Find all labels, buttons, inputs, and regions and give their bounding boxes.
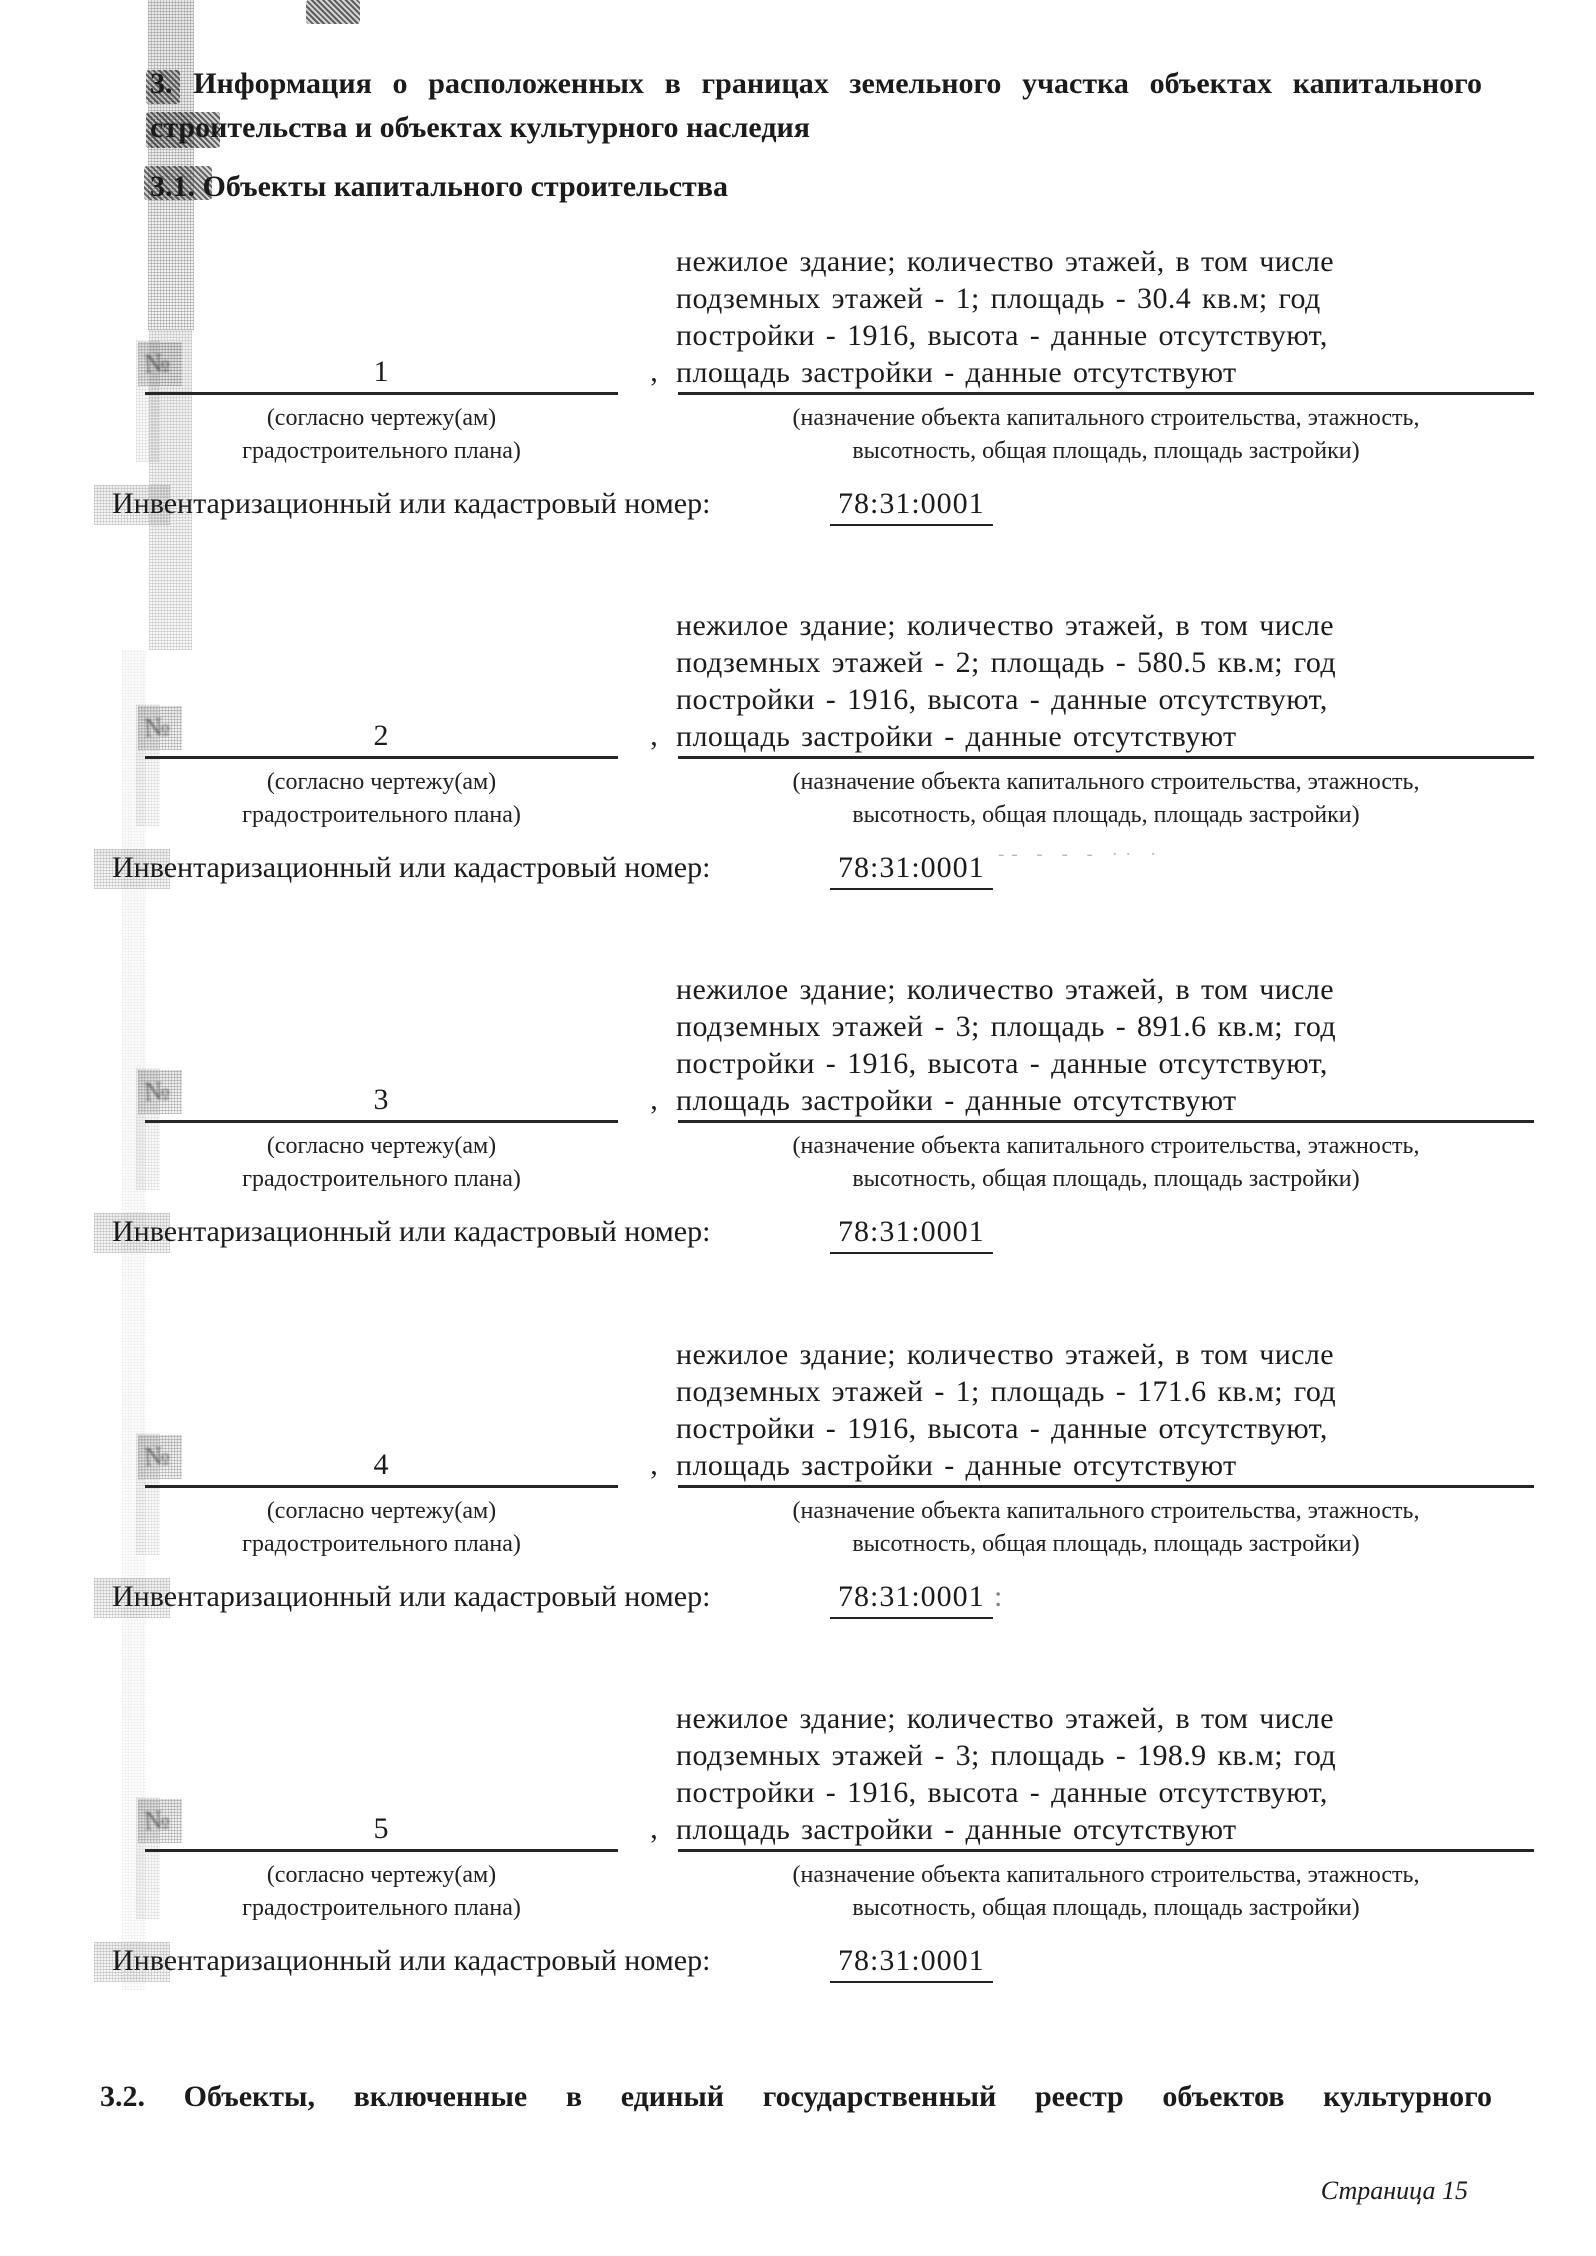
object-description-line: нежилое здание; количество этажей, в том…: [676, 1337, 1466, 1373]
description-underline: [678, 392, 1534, 395]
capital-object-block: нежилое здание; количество этажей, в том…: [0, 1701, 1596, 1993]
description-caption-line2: высотность, общая площадь, площадь застр…: [678, 1892, 1534, 1925]
object-number: 5: [145, 1812, 617, 1846]
inventory-label: Инвентаризационный или кадастровый номер…: [112, 1215, 710, 1249]
object-description-line: нежилое здание; количество этажей, в том…: [676, 608, 1466, 644]
section-3-heading-line2: строительства и объектах культурного нас…: [150, 106, 1482, 150]
cadastral-number: 78:31:0001: [830, 487, 993, 526]
description-caption-line1: (назначение объекта капитального строите…: [678, 766, 1534, 799]
separator-comma: ,: [636, 1448, 672, 1482]
scanned-document-page: 3. Информация о расположенных в границах…: [0, 0, 1596, 2256]
section-3-heading: 3. Информация о расположенных в границах…: [150, 62, 1482, 150]
object-description-line: площадь застройки - данные отсутствуют: [676, 1812, 1466, 1848]
number-underline: [145, 756, 618, 759]
description-caption-line1: (назначение объекта капитального строите…: [678, 402, 1534, 435]
description-caption-line2: высотность, общая площадь, площадь застр…: [678, 1163, 1534, 1196]
capital-object-block: нежилое здание; количество этажей, в том…: [0, 244, 1596, 536]
object-number: 4: [145, 1448, 617, 1482]
separator-comma: ,: [636, 719, 672, 753]
description-underline: [678, 1120, 1534, 1123]
object-description-line: постройки - 1916, высота - данные отсутс…: [676, 1046, 1466, 1082]
number-underline: [145, 1120, 618, 1123]
description-underline: [678, 1485, 1534, 1488]
object-description-line: нежилое здание; количество этажей, в том…: [676, 1701, 1466, 1737]
number-caption-line2: градостроительного плана): [145, 1892, 618, 1925]
object-description-line: постройки - 1916, высота - данные отсутс…: [676, 682, 1466, 718]
description-underline: [678, 1849, 1534, 1852]
object-description-line: постройки - 1916, высота - данные отсутс…: [676, 1775, 1466, 1811]
description-caption-line1: (назначение объекта капитального строите…: [678, 1859, 1534, 1892]
number-caption-line2: градостроительного плана): [145, 799, 618, 832]
inventory-label: Инвентаризационный или кадастровый номер…: [112, 1580, 710, 1614]
object-description-line: нежилое здание; количество этажей, в том…: [676, 244, 1466, 280]
object-description-line: нежилое здание; количество этажей, в том…: [676, 972, 1466, 1008]
object-description-line: площадь застройки - данные отсутствуют: [676, 1083, 1466, 1119]
object-number: 2: [145, 719, 617, 753]
inventory-label: Инвентаризационный или кадастровый номер…: [112, 487, 710, 521]
cadastral-number: 78:31:0001: [830, 851, 993, 890]
description-caption-line2: высотность, общая площадь, площадь застр…: [678, 1528, 1534, 1561]
description-caption-line1: (назначение объекта капитального строите…: [678, 1130, 1534, 1163]
number-caption-line1: (согласно чертежу(ам): [145, 402, 618, 435]
object-description-line: площадь застройки - данные отсутствуют: [676, 719, 1466, 755]
object-number: 3: [145, 1083, 617, 1117]
description-caption-line1: (назначение объекта капитального строите…: [678, 1495, 1534, 1528]
number-caption-line1: (согласно чертежу(ам): [145, 1859, 618, 1892]
object-description-line: подземных этажей - 3; площадь - 891.6 кв…: [676, 1009, 1466, 1045]
number-underline: [145, 1485, 618, 1488]
object-description-line: площадь застройки - данные отсутствуют: [676, 355, 1466, 391]
number-caption-line1: (согласно чертежу(ам): [145, 1130, 618, 1163]
cadastral-number: 78:31:0001: [830, 1580, 993, 1619]
cadastral-number: 78:31:0001: [830, 1944, 993, 1983]
number-caption-line1: (согласно чертежу(ам): [145, 766, 618, 799]
cadastral-number: 78:31:0001: [830, 1215, 993, 1254]
separator-comma: ,: [636, 1083, 672, 1117]
inventory-label: Инвентаризационный или кадастровый номер…: [112, 1944, 710, 1978]
object-description-line: подземных этажей - 1; площадь - 30.4 кв.…: [676, 281, 1466, 317]
description-caption-line2: высотность, общая площадь, площадь застр…: [678, 799, 1534, 832]
object-description-line: подземных этажей - 3; площадь - 198.9 кв…: [676, 1738, 1466, 1774]
scan-artifact-top-edge: [306, 0, 360, 24]
object-description-line: подземных этажей - 2; площадь - 580.5 кв…: [676, 645, 1466, 681]
number-underline: [145, 1849, 618, 1852]
description-underline: [678, 756, 1534, 759]
cadastral-number-suffix: :: [994, 1580, 1002, 1614]
number-underline: [145, 392, 618, 395]
capital-object-block: нежилое здание; количество этажей, в том…: [0, 972, 1596, 1264]
object-description-line: постройки - 1916, высота - данные отсутс…: [676, 1411, 1466, 1447]
number-caption-line2: градостроительного плана): [145, 435, 618, 468]
description-caption-line2: высотность, общая площадь, площадь застр…: [678, 435, 1534, 468]
object-description-line: площадь застройки - данные отсутствуют: [676, 1448, 1466, 1484]
section-3-2-title: 3.2. Объекты, включенные в единый госуда…: [100, 2080, 1492, 2114]
object-number: 1: [145, 355, 617, 389]
number-caption-line1: (согласно чертежу(ам): [145, 1495, 618, 1528]
separator-comma: ,: [636, 355, 672, 389]
section-3-1-title: 3.1. Объекты капитального строительства: [150, 170, 728, 204]
capital-object-block: нежилое здание; количество этажей, в том…: [0, 1337, 1596, 1629]
footer-page-number: Страница 15: [1321, 2176, 1468, 2206]
cadastral-ghost-marks: -- - - - ·· ·: [998, 844, 1163, 866]
number-caption-line2: градостроительного плана): [145, 1528, 618, 1561]
inventory-label: Инвентаризационный или кадастровый номер…: [112, 851, 710, 885]
section-3-heading-line1: 3. Информация о расположенных в границах…: [150, 62, 1482, 106]
capital-object-block: нежилое здание; количество этажей, в том…: [0, 608, 1596, 900]
number-caption-line2: градостроительного плана): [145, 1163, 618, 1196]
separator-comma: ,: [636, 1812, 672, 1846]
object-description-line: подземных этажей - 1; площадь - 171.6 кв…: [676, 1374, 1466, 1410]
object-description-line: постройки - 1916, высота - данные отсутс…: [676, 318, 1466, 354]
